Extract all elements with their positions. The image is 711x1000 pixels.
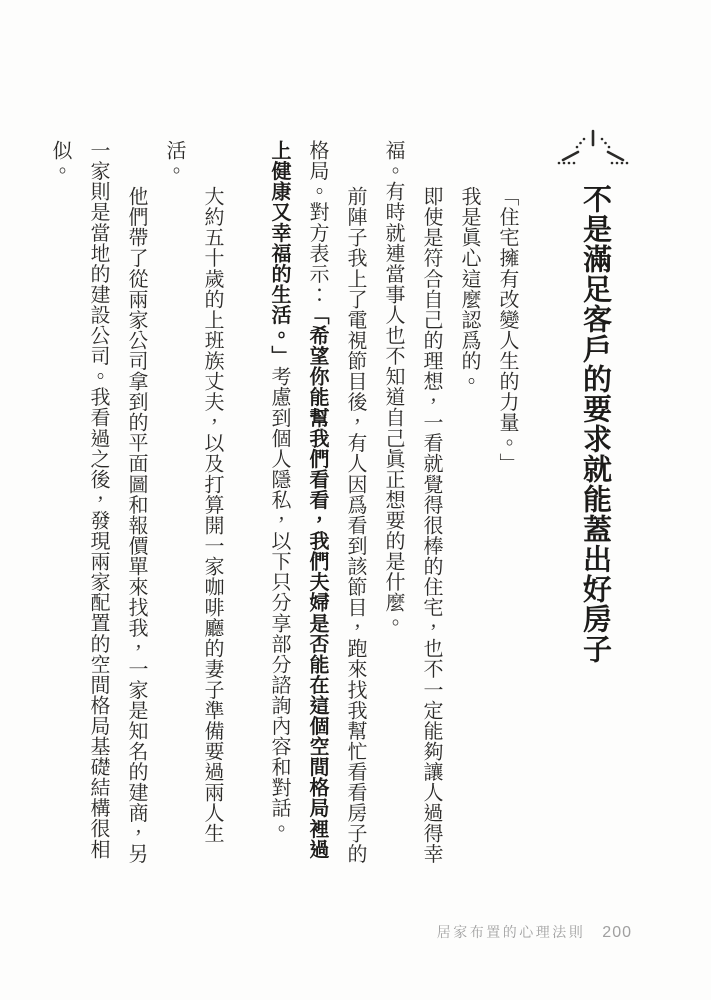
book-page: 不是滿足客戶的要求就能蓋出好房子 「住宅擁有改變人生的力量。」 我是眞心這麼認爲… [0,0,711,1000]
sparkle-burst-icon [557,129,629,165]
chapter-title: 不是滿足客戶的要求就能蓋出好房子 [577,184,613,664]
running-footer: 居家布置的心理法則 200 [437,922,632,942]
paragraph-5: 大約五十歲的上班族丈夫，以及打算開一家咖啡廳的妻子準備要過兩人生活。 [155,140,231,870]
paragraph-6: 他們帶了從兩家公司拿到的平面圖和報價單來找我，一家是知名的建商，另一家則是當地的… [41,140,155,870]
paragraph-1: 「住宅擁有改變人生的力量。」 [488,140,526,870]
body-text: 「住宅擁有改變人生的力量。」 我是眞心這麼認爲的。 即使是符合自己的理想，一看就… [41,140,526,870]
paragraph-2: 我是眞心這麼認爲的。 [450,140,488,870]
page-number: 200 [602,924,632,942]
paragraph-4: 前陣子我上了電視節目後，有人因爲看到該節目，跑來找我幫忙看看房子的格局。對方表示… [260,140,374,870]
paragraph-3: 即使是符合自己的理想，一看就覺得很棒的住宅，也不一定能夠讓人過得幸福。有時就連當… [374,140,450,870]
paragraph-4-tail: 考慮到個人隱私，以下只分享部分諮詢內容和對話。 [268,366,290,839]
footer-book-title: 居家布置的心理法則 [437,922,586,942]
